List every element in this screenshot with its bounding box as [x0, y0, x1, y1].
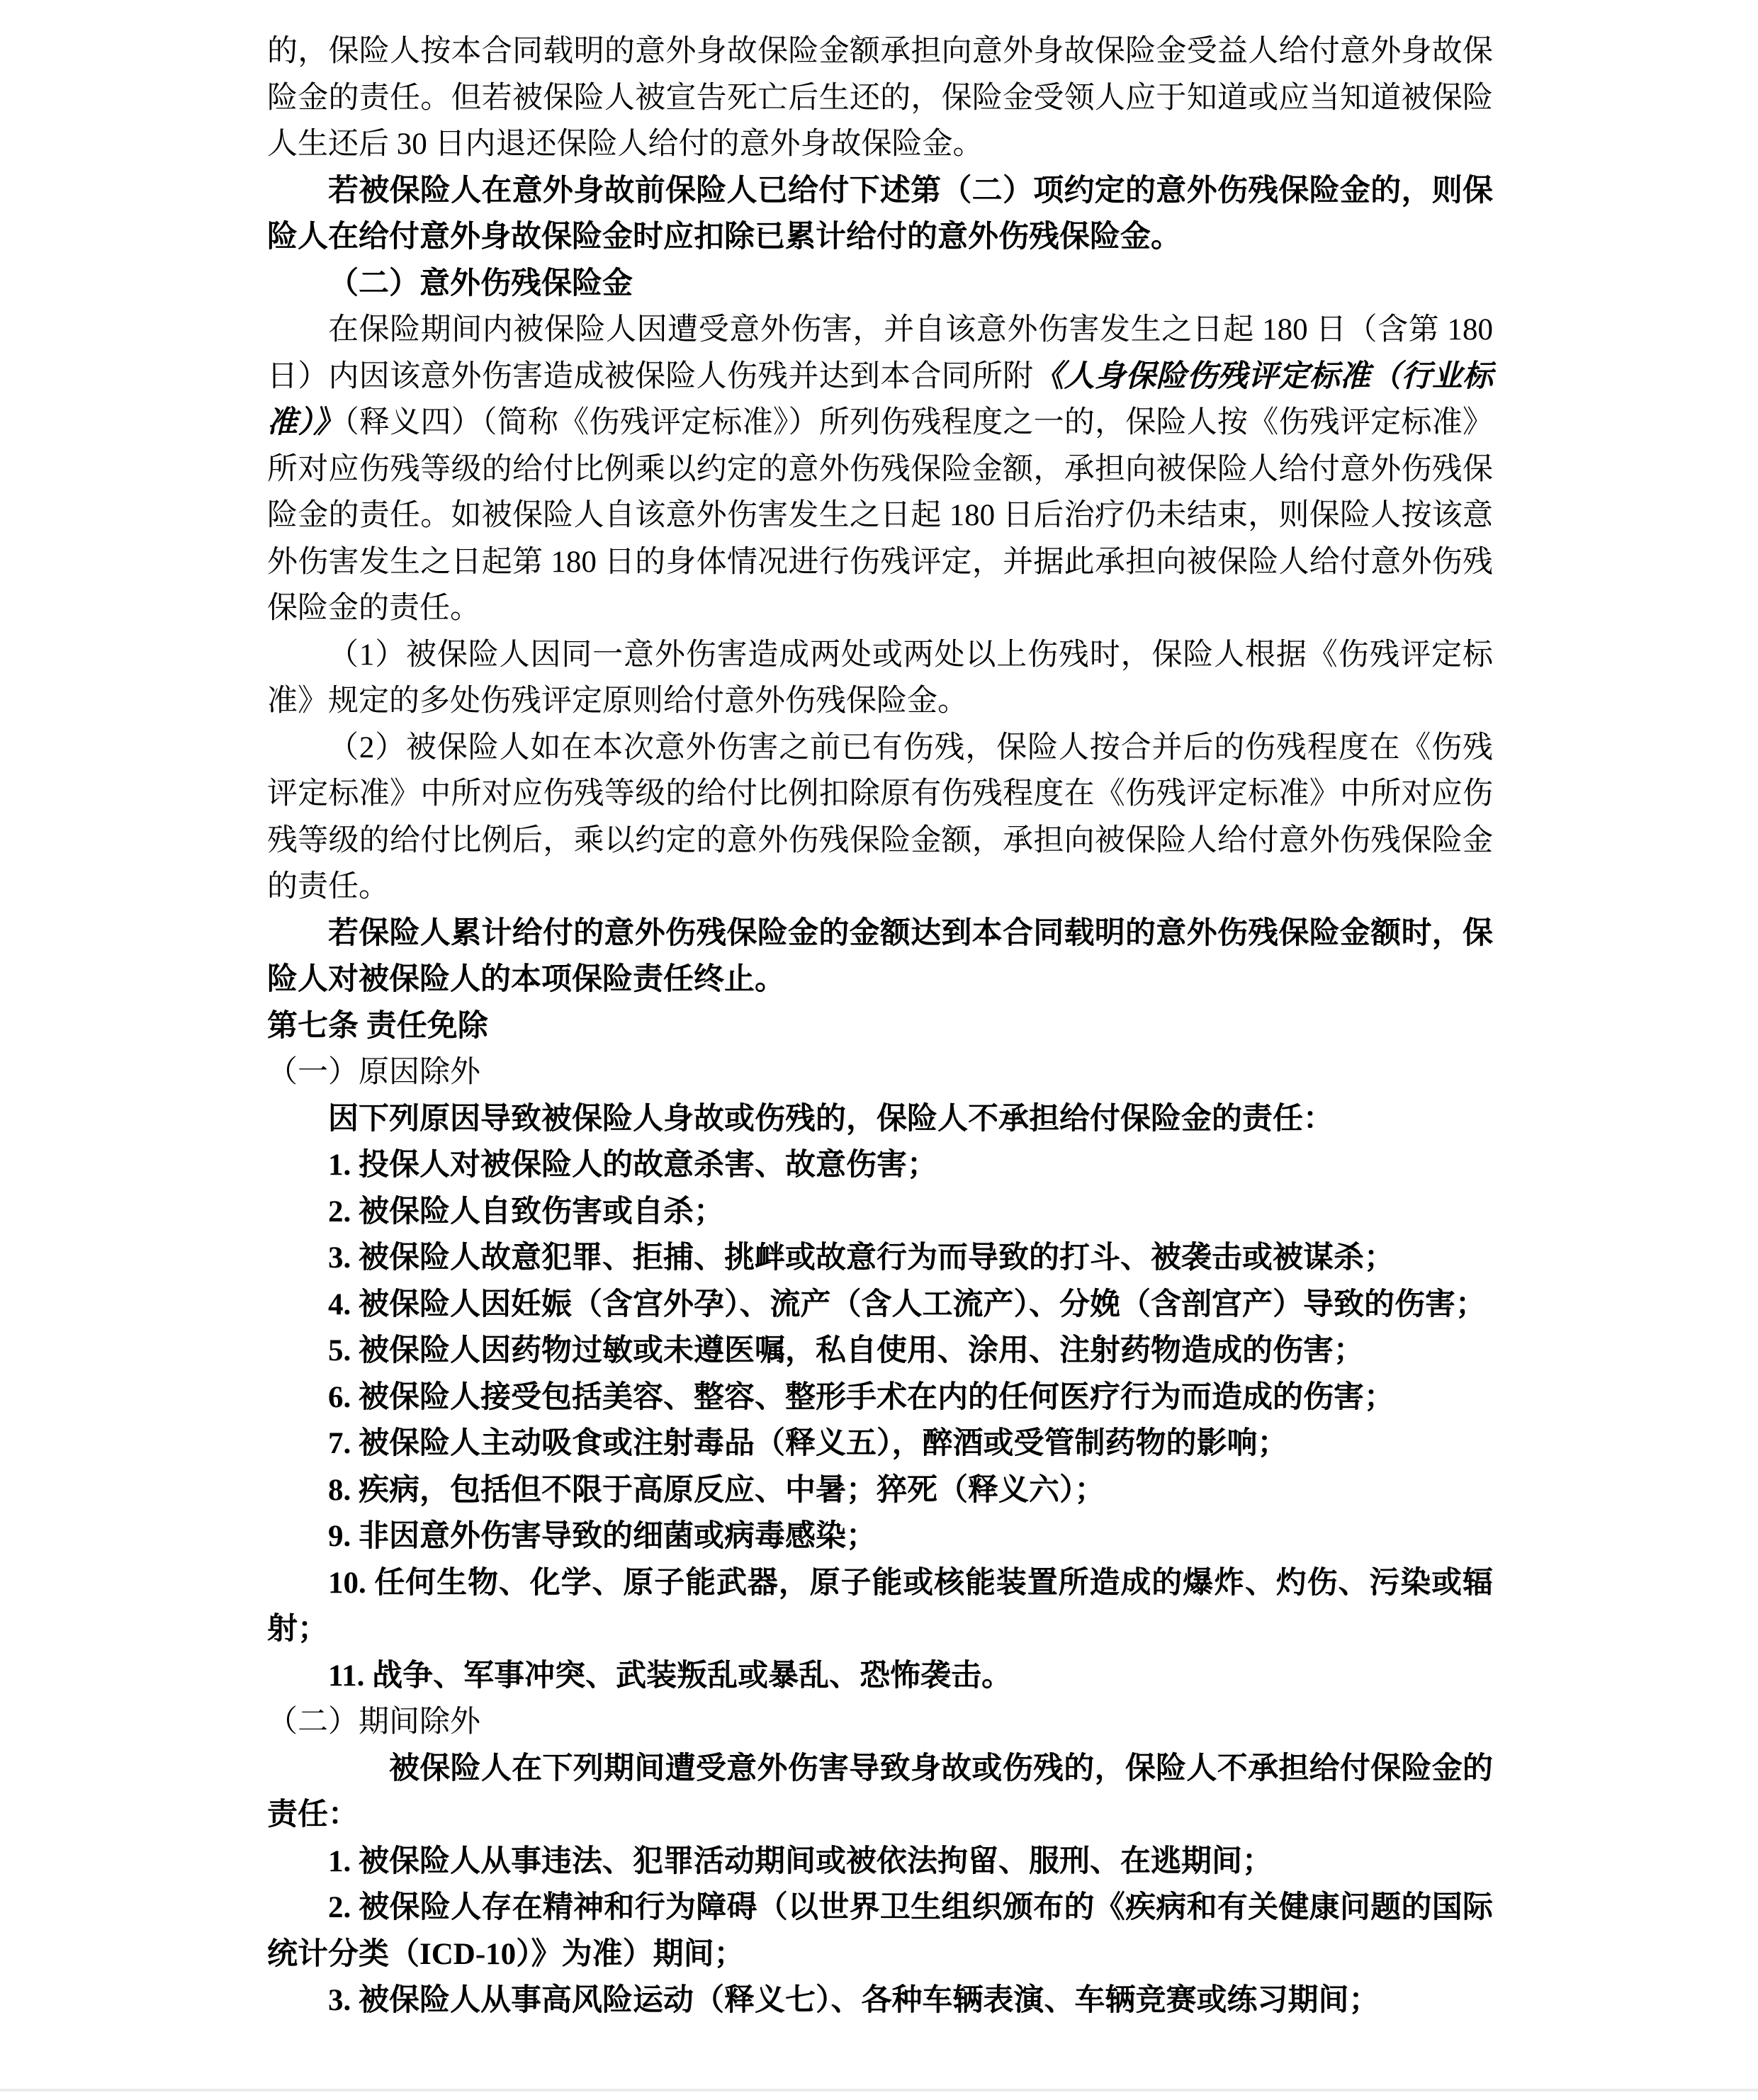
para-disability-benefit-limit: 若保险人累计给付的意外伤残保险金的金额达到本合同载明的意外伤残保险金额时，保险人… [267, 910, 1493, 1003]
cause-exclusion-item-7: 7. 被保险人主动吸食或注射毒品（释义五），醉酒或受管制药物的影响； [267, 1421, 1493, 1467]
heading-cause-exclusions: （一）原因除外 [267, 1049, 1493, 1096]
cause-exclusion-item-9: 9. 非因意外伤害导致的细菌或病毒感染； [267, 1513, 1493, 1560]
cause-exclusion-item-11: 11. 战争、军事冲突、武装叛乱或暴乱、恐怖袭击。 [267, 1653, 1493, 1700]
para-period-exclusions-intro: 被保险人在下列期间遭受意外伤害导致身故或伤残的，保险人不承担给付保险金的责任： [267, 1746, 1493, 1839]
page-bottom-edge [0, 2089, 1758, 2091]
heading-period-exclusions: （二）期间除外 [267, 1699, 1493, 1746]
cause-exclusion-item-5: 5. 被保险人因药物过敏或未遵医嘱，私自使用、涂用、注射药物造成的伤害； [267, 1328, 1493, 1374]
para-disability-benefit-terms: 在保险期间内被保险人因遭受意外伤害，并自该意外伤害发生之日起 180 日（含第 … [267, 307, 1493, 632]
para-death-benefit-deduction: 若被保险人在意外身故前保险人已给付下述第（二）项约定的意外伤残保险金的，则保险人… [267, 168, 1493, 261]
para-prior-disability: （2）被保险人如在本次意外伤害之前已有伤残，保险人按合并后的伤残程度在《伤残评定… [267, 725, 1493, 910]
heading-article-7-liability-exclusions: 第七条 责任免除 [267, 1003, 1493, 1050]
cause-exclusion-item-8: 8. 疾病，包括但不限于高原反应、中暑；猝死（释义六）； [267, 1467, 1493, 1514]
text-segment: （释义四）（简称《伤残评定标准》）所列伤残程度之一的，保险人按《伤残评定标准》所… [267, 406, 1493, 625]
period-exclusion-item-1: 1. 被保险人从事违法、犯罪活动期间或被依法拘留、服刑、在逃期间； [267, 1839, 1493, 1885]
heading-disability-benefit: （二）意外伤残保险金 [267, 261, 1493, 307]
para-multiple-disability: （1）被保险人因同一意外伤害造成两处或两处以上伤残时，保险人根据《伤残评定标准》… [267, 632, 1493, 725]
cause-exclusion-item-1: 1. 投保人对被保险人的故意杀害、故意伤害； [267, 1142, 1493, 1189]
cause-exclusion-item-6: 6. 被保险人接受包括美容、整容、整形手术在内的任何医疗行为而造成的伤害； [267, 1374, 1493, 1421]
para-cause-exclusions-intro: 因下列原因导致被保险人身故或伤残的，保险人不承担给付保险金的责任： [267, 1096, 1493, 1143]
period-exclusion-item-2: 2. 被保险人存在精神和行为障碍（以世界卫生组织颁布的《疾病和有关健康问题的国际… [267, 1885, 1493, 1977]
cause-exclusion-item-4: 4. 被保险人因妊娠（含宫外孕）、流产（含人工流产）、分娩（含剖宫产）导致的伤害… [267, 1282, 1493, 1328]
cause-exclusion-item-3: 3. 被保险人故意犯罪、拒捕、挑衅或故意行为而导致的打斗、被袭击或被谋杀； [267, 1235, 1493, 1282]
cause-exclusion-item-2: 2. 被保险人自致伤害或自杀； [267, 1189, 1493, 1236]
para-death-benefit-continuation: 的，保险人按本合同载明的意外身故保险金额承担向意外身故保险金受益人给付意外身故保… [267, 28, 1493, 168]
cause-exclusion-item-10: 10. 任何生物、化学、原子能武器，原子能或核能装置所造成的爆炸、灼伤、污染或辐… [267, 1560, 1493, 1653]
document-page: 的，保险人按本合同载明的意外身故保险金额承担向意外身故保险金受益人给付意外身故保… [0, 0, 1758, 2100]
period-exclusion-item-3: 3. 被保险人从事高风险运动（释义七）、各种车辆表演、车辆竞赛或练习期间； [267, 1977, 1493, 2024]
